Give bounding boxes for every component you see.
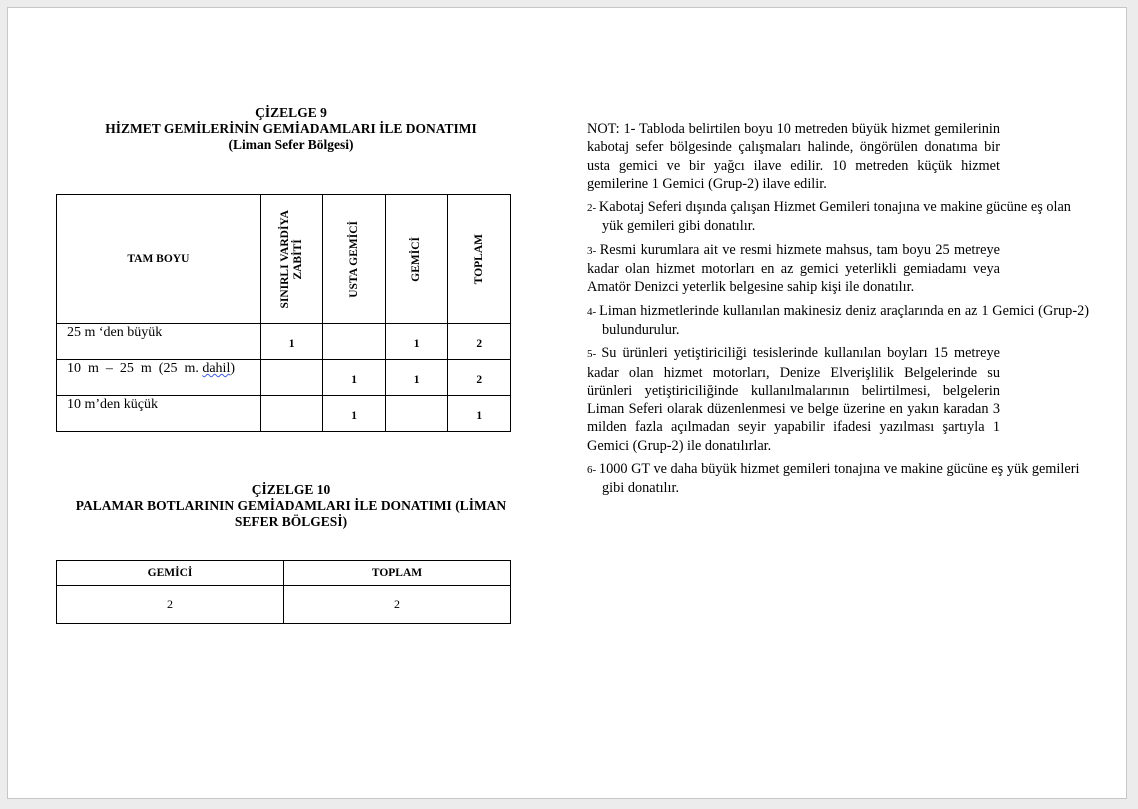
header-line: ZABİTİ: [292, 210, 305, 309]
header-text: USTA GEMİCİ: [348, 221, 361, 298]
cell-toplam: 1: [448, 396, 511, 432]
note-2: 2- Kabotaj Seferi dışında çalışan Hizmet…: [587, 198, 1089, 236]
note-number: 6-: [587, 464, 599, 476]
cell-toplam: 2: [448, 360, 511, 396]
table9-title: ÇİZELGE 9 HİZMET GEMİLERİNİN GEMİADAMLAR…: [56, 105, 526, 153]
note-3: 3- Resmi kurumlara ait ve resmi hizmete …: [587, 241, 1000, 297]
note-text: Liman hizmetlerinde kullanılan makinesiz…: [599, 303, 1089, 338]
header-text: GEMİCİ: [410, 237, 423, 282]
cell-gemici: [385, 396, 448, 432]
table10-title-line3: SEFER BÖLGESİ): [48, 514, 534, 530]
table9-title-line1: ÇİZELGE 9: [56, 105, 526, 121]
cell-gemici: 1: [385, 324, 448, 360]
header-usta-gemici: USTA GEMİCİ: [323, 195, 386, 324]
cell-sinirli-vardiya-zabiti: [260, 396, 323, 432]
cell-toplam: 2: [284, 586, 511, 624]
table10: GEMİCİ TOPLAM 2 2: [56, 560, 511, 624]
header-sinirli-vardiya-zabiti: SINIRLI VARDİYA ZABİTİ: [260, 195, 323, 324]
header-toplam: TOPLAM: [448, 195, 511, 324]
cell-usta-gemici: [323, 324, 386, 360]
cell-toplam: 2: [448, 324, 511, 360]
cell-gemici: 1: [385, 360, 448, 396]
header-text: TOPLAM: [473, 234, 486, 284]
table9-title-line2: HİZMET GEMİLERİNİN GEMİADAMLARI İLE DONA…: [56, 121, 526, 137]
cell-sinirli-vardiya-zabiti: [260, 360, 323, 396]
table-row: 10 m – 25 m (25 m. dahil) 1 1 2: [57, 360, 511, 396]
header-gemici: GEMİCİ: [57, 561, 284, 586]
header-gemici: GEMİCİ: [385, 195, 448, 324]
note-number: 4-: [587, 306, 599, 318]
note-number: 2-: [587, 202, 599, 214]
note-4: 4- Liman hizmetlerinde kullanılan makine…: [587, 302, 1089, 340]
cell-sinirli-vardiya-zabiti: 1: [260, 324, 323, 360]
note-6: 6- 1000 GT ve daha büyük hizmet gemileri…: [587, 460, 1089, 498]
note-number: 5-: [587, 348, 601, 360]
table10-title-line1: ÇİZELGE 10: [48, 482, 534, 498]
cell-usta-gemici: 1: [323, 360, 386, 396]
row-label-text: ): [230, 361, 235, 376]
table-row: 10 m’den küçük 1 1: [57, 396, 511, 432]
note-text: 1000 GT ve daha büyük hizmet gemileri to…: [599, 461, 1080, 496]
table9-title-line3: (Liman Sefer Bölgesi): [56, 137, 526, 153]
header-tam-boyu: TAM BOYU: [57, 195, 261, 324]
note-5: 5- Su ürünleri yetiştiriciliği tesisleri…: [587, 344, 1000, 455]
note-text: NOT: 1- Tabloda belirtilen boyu 10 metre…: [587, 121, 1000, 192]
row-label-text: 10 m – 25 m (25 m.: [67, 361, 202, 376]
table9: TAM BOYU SINIRLI VARDİYA ZABİTİ USTA GEM…: [56, 194, 511, 432]
note-1: NOT: 1- Tabloda belirtilen boyu 10 metre…: [587, 120, 1000, 193]
cell-usta-gemici: 1: [323, 396, 386, 432]
row-label: 10 m – 25 m (25 m. dahil): [57, 360, 261, 396]
header-toplam: TOPLAM: [284, 561, 511, 586]
header-line: SINIRLI VARDİYA: [279, 210, 292, 309]
table-row: 25 m ‘den büyük 1 1 2: [57, 324, 511, 360]
document-page: ÇİZELGE 9 HİZMET GEMİLERİNİN GEMİADAMLAR…: [7, 7, 1127, 799]
row-label: 10 m’den küçük: [57, 396, 261, 432]
cell-gemici: 2: [57, 586, 284, 624]
note-text: Kabotaj Seferi dışında çalışan Hizmet Ge…: [599, 199, 1071, 234]
table-row: 2 2: [57, 586, 511, 624]
note-text: Resmi kurumlara ait ve resmi hizmete mah…: [587, 242, 1000, 296]
notes-section: NOT: 1- Tabloda belirtilen boyu 10 metre…: [587, 120, 1089, 498]
row-label: 25 m ‘den büyük: [57, 324, 261, 360]
table10-title-line2: PALAMAR BOTLARININ GEMİADAMLARI İLE DONA…: [48, 498, 534, 514]
note-number: 3-: [587, 245, 600, 257]
note-text: Su ürünleri yetiştiriciliği tesislerinde…: [587, 345, 1000, 453]
table10-title: ÇİZELGE 10 PALAMAR BOTLARININ GEMİADAMLA…: [48, 482, 534, 530]
spellcheck-underlined-word[interactable]: dahil: [202, 361, 230, 376]
